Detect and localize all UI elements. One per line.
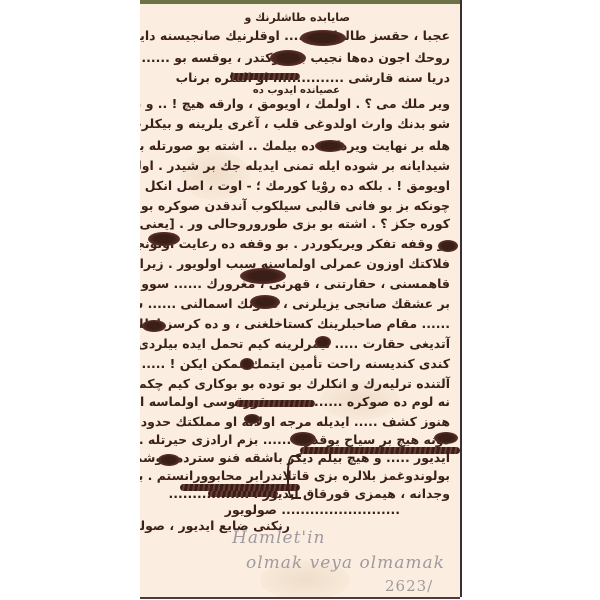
crossed-out-word [315, 140, 345, 152]
manuscript-line: عجبا ، حقسز طالعك ........ اوقلرنيك صانج… [140, 28, 450, 44]
crossed-out-word [158, 454, 180, 466]
crossed-out-word [300, 30, 346, 46]
strikethrough [208, 490, 278, 497]
manuscript-line: چونكه بز بو فانى قالبى سيلكوب آندقدن صوك… [140, 198, 450, 214]
pencil-note: Hamlet'in [232, 528, 325, 548]
crossed-out-word [438, 240, 458, 252]
crossed-out-word [240, 268, 286, 284]
strikethrough [230, 73, 300, 80]
manuscript-line: شو بدنك وارث اولدوغى قلب ، آغرى يلرينه و… [140, 116, 450, 132]
manuscript-line: قاهمسنى ، حقارتنى ، قهرنى ، مغرورك .....… [140, 276, 450, 292]
crossed-out-word [270, 50, 306, 66]
manuscript-line: هنوز كشف ..... ايديله مرجه اولانه او ممل… [140, 414, 450, 430]
top-edge-strip [140, 0, 460, 4]
manuscript-page: صايابده طاشلرنك و عجبا ، حقسز طالعك ....… [140, 0, 460, 597]
crossed-out-word [148, 232, 180, 246]
pencil-note: olmak veya olmamak [246, 553, 445, 573]
manuscript-line: آلتنده ترليه‌رك و انكلرك بو توده بو بوكا… [140, 376, 450, 392]
crossed-out-word [240, 358, 254, 370]
crossed-out-word [250, 295, 280, 309]
manuscript-line: كوره جكز ؟ . اشته بو بزى طوروروحالى ور .… [140, 216, 450, 232]
crossed-out-word [142, 320, 166, 332]
manuscript-line: بر عشقك صانجى يزيلرنى ، قانونك اسمالنى .… [140, 296, 450, 312]
crossed-out-word [244, 414, 260, 424]
catalog-number: 2623/ [385, 577, 433, 595]
crossed-out-word [315, 336, 331, 348]
crossed-out-word [434, 432, 458, 444]
strikethrough [235, 400, 315, 407]
manuscript-line: اويومق ! . بلكه ده روْيا كورمك ؛ - اوت ،… [140, 178, 450, 194]
manuscript-line: ...... مقام صاحبلرينك كستاخلغنى ، و ده ك… [140, 316, 450, 332]
crossed-out-word [290, 432, 316, 446]
manuscript-line: ......................... صولويور [225, 502, 400, 518]
manuscript-line: صايابده طاشلرنك و [244, 10, 350, 26]
manuscript-line: كندى كنديسنه راحت تأمين ايتمك ممكن ايكن … [140, 356, 450, 372]
manuscript-line: وير ملك مى ؟ . اولمك ، اويومق ، وارقه‌ ه… [140, 96, 450, 112]
strikethrough [180, 484, 300, 491]
manuscript-line: فلاكتك اوزون عمرلى اولماسنه سبب اولويور … [140, 256, 450, 272]
manuscript-line: شيدايانه بر شوده ايله تمنى ايديله جك بر … [140, 158, 450, 174]
manuscript-line: آتديغى حقارت ..... تيمرلرينه كيم تحمل اي… [140, 336, 450, 352]
strikethrough [300, 447, 460, 454]
manuscript-line: بو وقفه‌ تفكر ويريكوردر . بو وقفه ده رعا… [140, 236, 450, 252]
manuscript-line: هله بر نهايت ويردك ! ده بيلمك .. اشته بو… [140, 138, 450, 154]
bracket-mark [287, 455, 301, 499]
